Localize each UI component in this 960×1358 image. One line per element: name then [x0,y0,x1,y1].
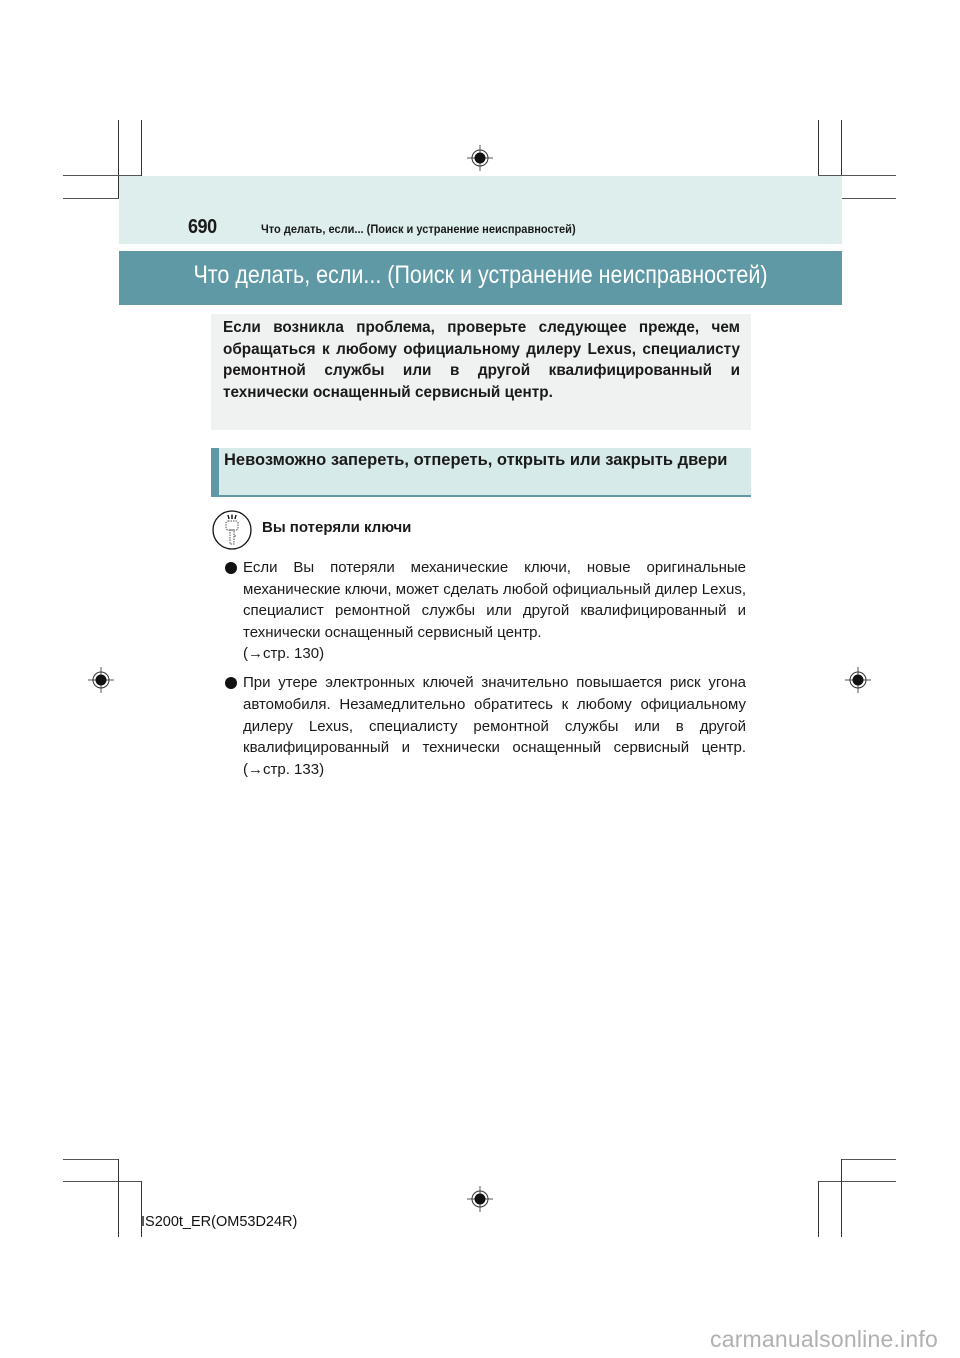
registration-mark-icon [843,665,873,695]
intro-box: Если возникла проблема, проверьте следую… [211,314,751,430]
bullet-list: Если Вы потеряли механические ключи, нов… [225,557,746,788]
chapter-title-bar: Что делать, если... (Поиск и устранение … [119,251,842,305]
crop-mark [63,1181,141,1182]
crop-mark [841,1159,896,1160]
page-reference-link[interactable]: (→стр. 133) [243,761,324,778]
crop-mark [63,198,119,199]
crop-mark [818,120,819,176]
registration-mark-icon [465,1184,495,1214]
crop-mark [63,1159,119,1160]
page-number: 690 [188,216,217,239]
registration-mark-icon [465,143,495,173]
bullet-icon [225,677,237,689]
watermark: carmanualsonline.info [710,1326,938,1353]
list-item: Если Вы потеряли механические ключи, нов… [225,557,746,665]
section-heading: Невозможно запереть, отпереть, открыть и… [211,448,751,497]
crop-mark [841,1159,842,1237]
bullet-text: Если Вы потеряли механические ключи, нов… [243,559,746,641]
running-head: Что делать, если... (Поиск и устранение … [261,222,576,236]
key-icon [212,510,252,550]
crop-mark [141,120,142,176]
document-code: IS200t_ER(OM53D24R) [141,1214,297,1230]
crop-mark [818,1181,896,1182]
subsection-title: Вы потеряли ключи [262,519,411,536]
bullet-text: При утере электронных ключей значительно… [243,674,746,756]
list-item: При утере электронных ключей значительно… [225,672,746,780]
bullet-icon [225,562,237,574]
registration-mark-icon [86,665,116,695]
chapter-title: Что делать, если... (Поиск и устранение … [170,261,792,290]
crop-mark [841,198,896,199]
crop-mark [118,1159,119,1237]
page-reference-link[interactable]: (→стр. 130) [243,645,324,662]
crop-mark [818,1181,819,1237]
